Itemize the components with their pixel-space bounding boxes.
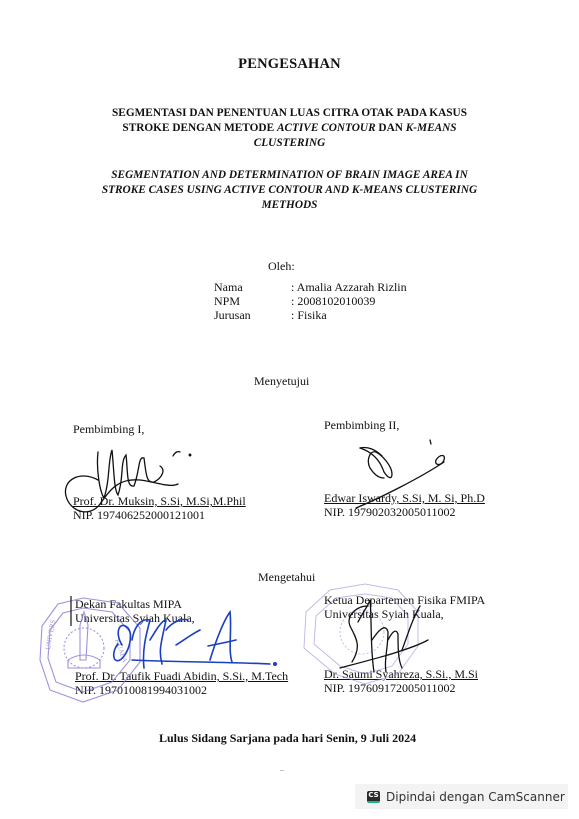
approval-label: Menyetujui [254,374,309,389]
camscanner-label: Dipindai dengan CamScanner [386,790,565,804]
student-info-row: NPM: 2008102010039 [214,294,407,308]
info-value: : Fisika [291,308,327,322]
page-heading: PENGESAHAN [0,56,579,73]
head-dept-role-line2: Universitas Syiah Kuala, [324,607,444,622]
camscanner-watermark: CS Dipindai dengan CamScanner [355,784,568,809]
oleh-label: Oleh: [268,259,295,274]
title-id-italic-active-contour: ACTIVE CONTOUR [277,122,376,134]
svg-text:UNIVERS: UNIVERS [44,619,57,650]
dean-name: Prof. Dr. Taufik Fuadi Abidin, S.Si., M.… [75,669,288,684]
info-key: Jurusan [214,308,291,322]
info-value: : 2008102010039 [291,294,375,308]
acknowledged-label: Mengetahui [258,570,315,585]
dean-role-line2: Universitas Syiah Kuala, [75,611,195,626]
title-id-line3: CLUSTERING [254,137,326,149]
title-en-line3: METHODS [0,198,579,213]
title-id-line2: STROKE DENGAN METODE ACTIVE CONTOUR DAN … [0,121,579,136]
supervisor2-nip: NIP. 197902032005011002 [324,505,456,520]
svg-text:KUALA: KUALA [113,638,129,664]
graduation-note: Lulus Sidang Sarjana pada hari Senin, 9 … [159,731,416,746]
info-value: : Amalia Azzarah Rizlin [291,280,407,294]
title-en-line1: SEGMENTATION AND DETERMINATION OF BRAIN … [0,168,579,183]
info-key: NPM [214,294,291,308]
info-key: Nama [214,280,291,294]
title-en-line2: STROKE CASES USING ACTIVE CONTOUR AND K-… [0,183,579,198]
supervisor1-role: Pembimbing I, [73,422,144,437]
thesis-title-english: SEGMENTATION AND DETERMINATION OF BRAIN … [0,168,579,213]
student-info-row: Nama: Amalia Azzarah Rizlin [214,280,407,294]
supervisor2-name: Edwar Iswardy, S.Si, M. Si, Ph.D [324,491,485,506]
title-id-line2-prefix: STROKE DENGAN METODE [122,122,277,134]
supervisor1-nip: NIP. 197406252000121001 [73,508,205,523]
head-dept-nip: NIP. 197609172005011002 [324,681,456,696]
dean-nip: NIP. 197010081994031002 [75,683,207,698]
supervisor1-name: Prof. Dr. Muksin, S.Si, M.Si,M.Phil [73,494,246,509]
head-dept-name: Dr. Saumi Syahreza, S.Si., M.Si [324,667,478,682]
head-dept-role-line1: Ketua Departemen Fisika FMIPA [324,593,485,608]
footer-dots: .. [280,764,284,773]
student-info: Nama: Amalia Azzarah Rizlin NPM: 2008102… [214,280,407,322]
dean-role-line1: Dekan Fakultas MIPA [75,597,182,612]
title-id-line2-mid: DAN [376,122,406,134]
thesis-title-indonesian: SEGMENTASI DAN PENENTUAN LUAS CITRA OTAK… [0,106,579,151]
camscanner-logo-icon: CS [367,791,380,803]
scanned-document-page: PENGESAHAN SEGMENTASI DAN PENENTUAN LUAS… [0,0,579,819]
title-id-italic-kmeans: K-MEANS [406,122,457,134]
student-info-row: Jurusan: Fisika [214,308,407,322]
title-id-line1: SEGMENTASI DAN PENENTUAN LUAS CITRA OTAK… [0,106,579,121]
supervisor2-role: Pembimbing II, [324,418,399,433]
